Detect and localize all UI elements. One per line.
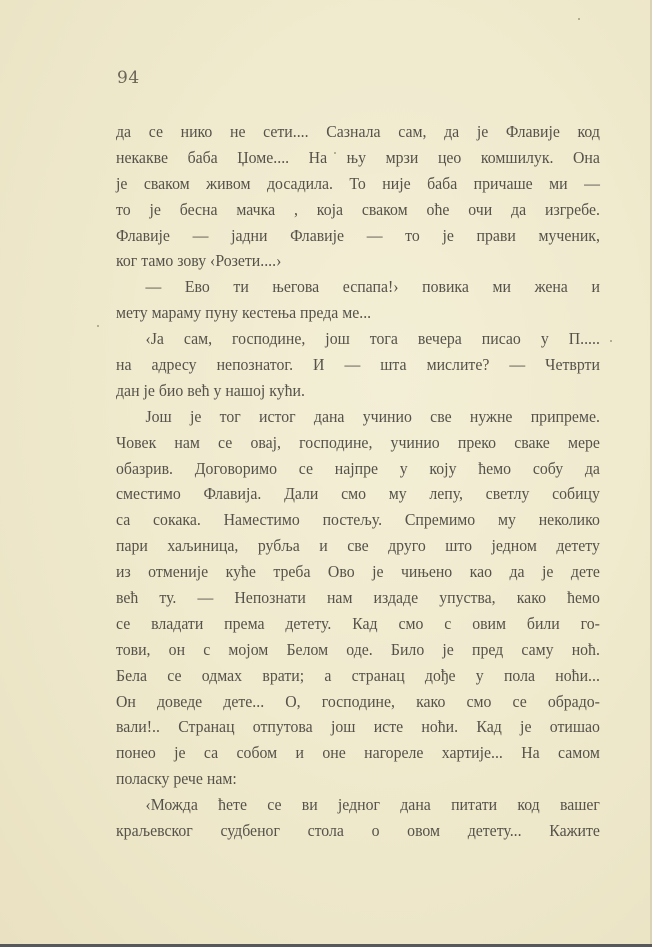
text-line: се владати према детету. Кад смо с овим … (116, 611, 600, 637)
text-line: Он доведе дете... О, господине, како смо… (116, 689, 600, 715)
text-line: вали!.. Странац отпутова још исте ноћи. … (116, 714, 600, 740)
text-line: Флавије — јадни Флавије — то је прави му… (116, 223, 600, 249)
text-line: је сваком живом досадила. То није баба п… (116, 171, 600, 197)
paper-speck (97, 325, 99, 327)
text-line: дан је био већ у нашој кући. (116, 378, 600, 404)
text-line: мету мараму пуну кестења преда ме... (116, 300, 600, 326)
text-line: Човек нам се овај, господине, учинио пре… (116, 430, 600, 456)
text-line: ‹Ја сам, господине, још тога вечера писа… (116, 326, 600, 352)
text-line: да се нико не сети.... Сазнала сам, да ј… (116, 119, 600, 145)
book-page: 94 да се нико не сети.... Сазнала сам, д… (0, 0, 652, 944)
body-text: да се нико не сети.... Сазнала сам, да ј… (116, 119, 600, 844)
text-line: пари хаљиница, рубља и све друго што јед… (116, 533, 600, 559)
text-line: понео је са собом и оне нагореле хартије… (116, 740, 600, 766)
text-line: — Ево ти његова еспапа!› повика ми жена … (116, 274, 600, 300)
text-line: то је бесна мачка , која сваком оће очи … (116, 197, 600, 223)
text-line: на адресу непознатог. И — шта мислите? —… (116, 352, 600, 378)
text-line: краљевског судбеног стола о овом детету.… (116, 818, 600, 844)
paper-speck (578, 18, 580, 20)
text-line: ‹Можда ћете се ви једног дана питати код… (116, 792, 600, 818)
paper-speck (334, 152, 336, 154)
text-line: обазрив. Договоримо се најпре у коју ћем… (116, 456, 600, 482)
text-line: поласку рече нам: (116, 766, 600, 792)
paper-speck (610, 340, 612, 342)
text-line: већ ту. — Непознати нам издаде упуства, … (116, 585, 600, 611)
text-line: тови, он с мојом Белом оде. Било је пред… (116, 637, 600, 663)
text-line: из отменије куће треба Ово је чињено као… (116, 559, 600, 585)
text-line: Још је тог истог дана учинио све нужне п… (116, 404, 600, 430)
text-line: сместимо Флавија. Дали смо му лепу, свет… (116, 481, 600, 507)
text-line: некакве баба Џоме.... На њу мрзи цео ком… (116, 145, 600, 171)
text-line: Бела се одмах врати; а странац дође у по… (116, 663, 600, 689)
text-line: са сокака. Наместимо постељу. Спремимо м… (116, 507, 600, 533)
page-number: 94 (117, 68, 140, 88)
text-line: ког тамо зову ‹Розети....› (116, 248, 600, 274)
